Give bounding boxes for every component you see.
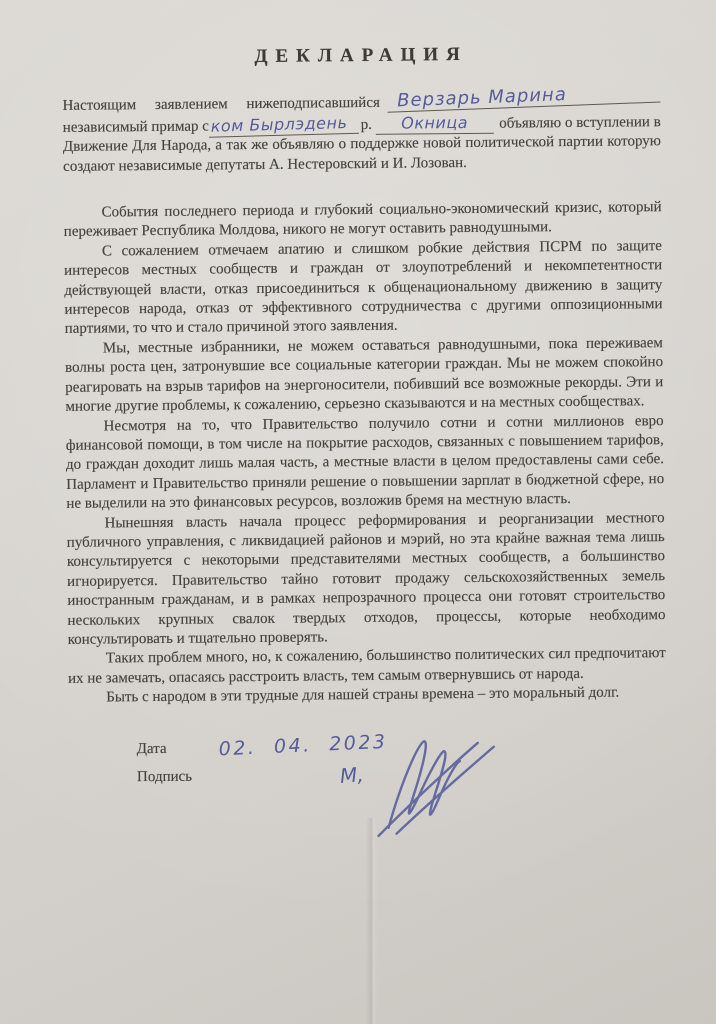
paper-crease	[366, 818, 378, 1024]
date-label: Дата	[137, 739, 167, 759]
intro-text-4: объявляю о вступлении в	[499, 113, 661, 134]
paragraph-problems: Таких проблем много, но, к сожалению, бо…	[68, 644, 666, 689]
photo-frame: ДЕКЛАРАЦИЯ Настоящим заявлением нижеподп…	[0, 0, 716, 1024]
intro-text-2: независимый примар с	[63, 117, 209, 138]
handwritten-name: Верзарь Марина	[387, 82, 660, 114]
paragraph-crisis: События последнего периода и глубокий со…	[64, 198, 662, 243]
signature-row: Подпись М,	[69, 763, 668, 845]
handwritten-date: 02. 04. 2023	[218, 732, 388, 759]
paragraph-prices: Мы, местные избранники, не можем остават…	[65, 334, 664, 417]
paper-sheet: ДЕКЛАРАЦИЯ Настоящим заявлением нижеподп…	[62, 43, 668, 845]
paragraph-psrm: С сожалением отмечаем апатию и слишком р…	[64, 237, 663, 340]
handwritten-initial: М,	[339, 765, 364, 786]
document-title: ДЕКЛАРАЦИЯ	[62, 43, 660, 68]
intro-text-3: р.	[359, 116, 374, 136]
handwritten-locality: ком Бырлэдень	[209, 113, 359, 138]
intro-rest-text: Движение Для Народа, а так же объявляю о…	[63, 132, 661, 177]
signature-label: Подпись	[137, 768, 192, 788]
intro-paragraph: Настоящим заявлением нижеподписавшийся В…	[62, 90, 661, 177]
paragraph-reform: Нынешняя власть начала процесс реформиро…	[66, 509, 665, 651]
signature-flourish	[365, 731, 516, 842]
handwritten-district: Окница	[376, 113, 493, 136]
paragraph-government-aid: Несмотря на то, что Правительство получи…	[66, 412, 665, 515]
